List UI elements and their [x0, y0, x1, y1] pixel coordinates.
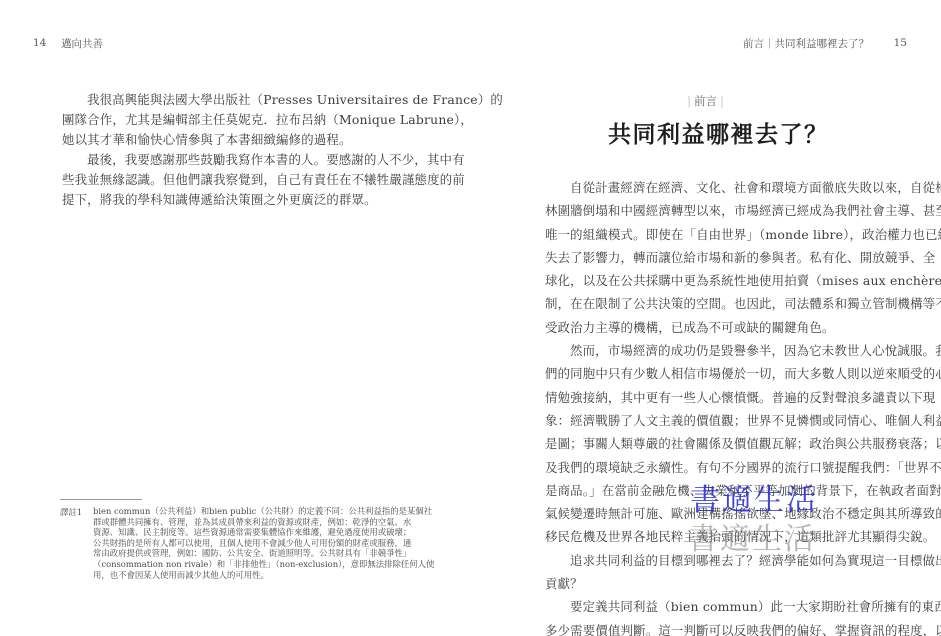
text-line: 失去了影響力，轉而讓位給市場和新的參與者。私有化、開放競爭、全: [545, 246, 881, 269]
text-line: 氣候變遷時無計可施、歐洲建構搖搖欲墜、地緣政治不穩定與其所導致的: [545, 502, 881, 525]
text-line: 要定義共同利益（bien commun）此一大家期盼社會所擁有的東西，: [545, 595, 881, 618]
footnote-line: 資源、知識、民主制度等。這些資源通常需要集體協作來維護，避免過度使用或破壞；: [93, 527, 393, 538]
label-bar-right: |: [717, 94, 727, 108]
text-line: 象：經濟戰勝了人文主義的價值觀；世界不見憐憫或同情心、唯個人利益: [545, 409, 881, 432]
text-line: 情勉強接納，其中更有一些人心懷憤慨。普遍的反對聲浪多譴責以下現: [545, 386, 881, 409]
text-line: 及我們的環境缺乏永續性。有句不分國界的流行口號提醒我們：「世界不: [545, 456, 881, 479]
footnote-line: 群或群體共同擁有、管理，並為其成員帶來利益的資源或財產，例如：乾淨的空氣、水: [93, 517, 393, 528]
text-line: 提下，將我的學科知識傳遞給決策圈之外更廣泛的群眾。: [62, 190, 396, 210]
text-line: 移民危機及世界各地民粹主義抬頭的情況下，這類批評尤其顯得尖銳。: [545, 525, 881, 548]
footnote-divider: [60, 499, 142, 500]
text-line: 多少需要價值判斷。這一判斷可以反映我們的偏好、掌握資訊的程度，以: [545, 619, 881, 636]
text-line: 些我並無緣認識。但他們讓我察覺到，自己有責任在不犧牲嚴謹態度的前: [62, 170, 396, 190]
chapter-label: |前言|: [470, 93, 941, 109]
text-line: 是商品。」在當前金融危機、失業和不平等加劇的背景下，在執政者面對: [545, 479, 881, 502]
left-page: 14 邁向共善 我很高興能與法國大學出版社（Presses Universita…: [0, 0, 470, 636]
page-number-left: 14: [33, 37, 46, 49]
text-line: 們的同胞中只有少數人相信市場優於一切，而大多數人則以逆來順受的心: [545, 362, 881, 385]
footnote-body: bien commun（公共利益）和bien public（公共財）的定義不同：…: [93, 506, 393, 580]
text-line: 然而，市場經濟的成功仍是毀譽參半，因為它未教世人心悅誠服。我: [545, 339, 881, 362]
text-line: 制，在在限制了公共決策的空間。也因此，司法體系和獨立管制機構等不: [545, 292, 881, 315]
chapter-title: 共同利益哪裡去了？: [608, 116, 829, 149]
text-line: 是圖；事關人類尊嚴的社會關係及價值觀瓦解；政治與公共服務衰落；以: [545, 432, 881, 455]
text-line: 唯一的組織模式。即使在「自由世界」（monde libre），政治權力也已經: [545, 223, 881, 246]
footnote-line: 常由政府提供或管理，例如：國防、公共安全、街道照明等。公共財具有「非競爭性」: [93, 548, 393, 559]
running-head-left: 邁向共善: [61, 36, 103, 51]
right-page: 前言｜共同利益哪裡去了？ 15 |前言| 共同利益哪裡去了？ 自從計畫經濟在經濟…: [470, 0, 941, 636]
footnote-line: 用，也不會因某人使用而減少其他人的可用性。: [93, 570, 393, 581]
text-line: 追求共同利益的目標到哪裡去了？經濟學能如何為實現這一目標做出: [545, 549, 881, 572]
text-line: 林圍牆倒塌和中國經濟轉型以來，市場經濟已經成為我們社會主導、甚至: [545, 199, 881, 222]
page-number-right: 15: [894, 37, 907, 49]
left-body-text: 我很高興能與法國大學出版社（Presses Universitaires de …: [62, 90, 396, 210]
text-line: 最後，我要感謝那些鼓勵我寫作本書的人。要感謝的人不少，其中有: [62, 150, 396, 170]
text-line: 自從計畫經濟在經濟、文化、社會和環境方面徹底失敗以來，自從柏: [545, 176, 881, 199]
chapter-label-text: 前言: [694, 94, 717, 108]
text-line: 她以其才華和愉快心情參與了本書細緻編修的過程。: [62, 130, 396, 150]
text-line: 團隊合作，尤其是編輯部主任莫妮克．拉布呂納（Monique Labrune），: [62, 110, 396, 130]
footnote-label: 譯註1: [60, 506, 94, 518]
footnote-line: bien commun（公共利益）和bien public（公共財）的定義不同：…: [93, 506, 393, 517]
running-head-right: 前言｜共同利益哪裡去了？: [743, 36, 869, 51]
footnote-line: （consommation non rivale）和「非排他性」（non-exc…: [93, 559, 393, 570]
footnote-line: 公共財指的是所有人都可以使用，且個人使用不會減少他人可用份額的財產或服務，通: [93, 538, 393, 549]
text-line: 貢獻？: [545, 572, 881, 595]
label-bar-left: |: [684, 94, 694, 108]
right-body-text: 自從計畫經濟在經濟、文化、社會和環境方面徹底失敗以來，自從柏 林圍牆倒塌和中國經…: [545, 176, 881, 636]
text-line: 球化，以及在公共採購中更為系統性地使用拍賣（mises aux enchères…: [545, 269, 881, 292]
text-line: 受政治力主導的機構，已成為不可或缺的關鍵角色。: [545, 316, 881, 339]
text-line: 我很高興能與法國大學出版社（Presses Universitaires de …: [62, 90, 396, 110]
